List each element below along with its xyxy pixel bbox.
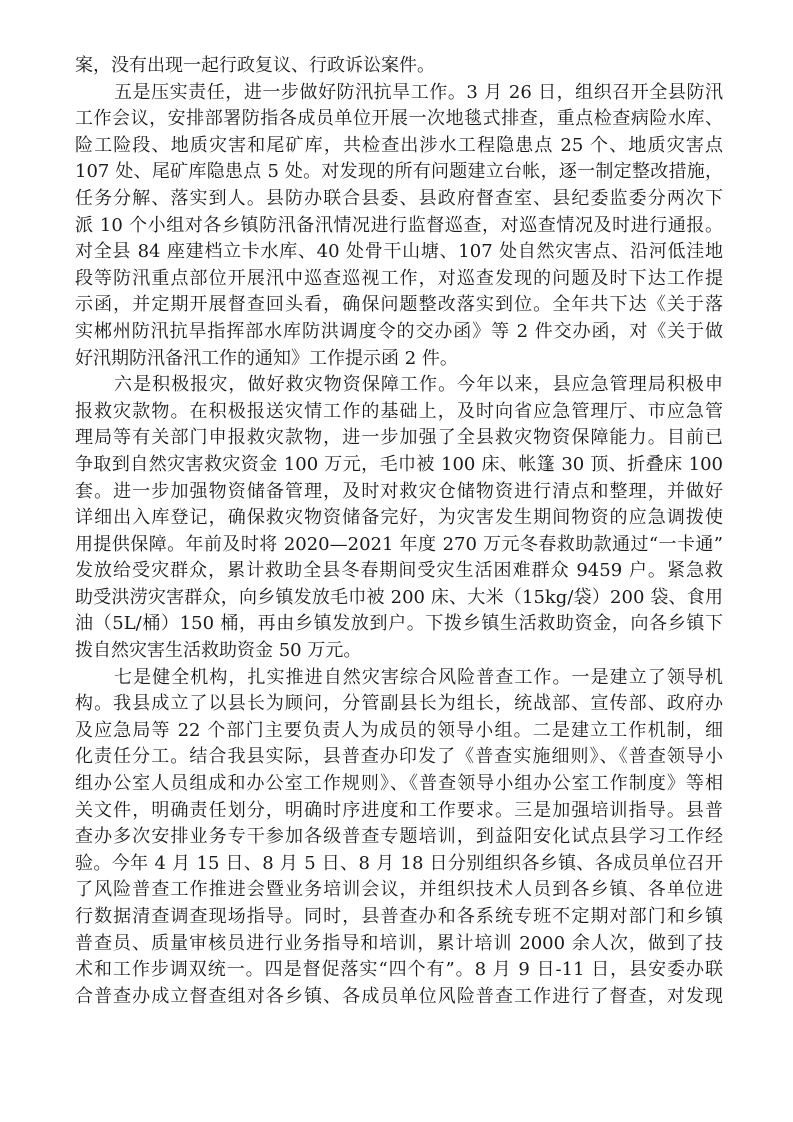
document-page: 案，没有出现一起行政复议、行政诉讼案件。 五是压实责任，进一步做好防汛抗旱工作。…	[0, 0, 793, 1122]
text-line: 险工险段、地质灾害和尾矿库，共检查出涉水工程隐患点 25 个、地质灾害点	[75, 133, 723, 160]
text-line: 验。今年 4 月 15 日、8 月 5 日、8 月 18 日分别组织各乡镇、各成…	[75, 851, 723, 878]
text-line: 实郴州防汛抗旱指挥部水库防洪调度令的交办函》等 2 件交办函，对《关于做	[75, 319, 723, 346]
text-line: 构。我县成立了以县长为顾问，分管副县长为组长，统战部、宣传部、政府办	[75, 691, 723, 718]
text-line: 示函，并定期开展督查回头看，确保问题整改落实到位。全年共下达《关于落	[75, 292, 723, 319]
text-line: 合普查办成立督查组对各乡镇、各成员单位风险普查工作进行了督查，对发现	[75, 984, 723, 1011]
text-line: 组办公室人员组成和办公室工作规则》、《普查领导小组办公室工作制度》等相	[75, 771, 723, 798]
text-line: 拨自然灾害生活救助资金 50 万元。	[75, 638, 723, 665]
document-body: 案，没有出现一起行政复议、行政诉讼案件。 五是压实责任，进一步做好防汛抗旱工作。…	[75, 53, 723, 1010]
text-line: 了风险普查工作推进会暨业务培训会议，并组织技术人员到各乡镇、各单位进	[75, 877, 723, 904]
text-line: 任务分解、落实到人。县防办联合县委、县政府督查室、县纪委监委分两次下	[75, 186, 723, 213]
text-line: 助受洪涝灾害群众，向乡镇发放毛巾被 200 床、大米（15kg/袋）200 袋、…	[75, 585, 723, 612]
text-line: 工作会议，安排部署防指各成员单位开展一次地毯式排查，重点检查病险水库、	[75, 106, 723, 133]
text-line: 报救灾款物。在积极报送灾情工作的基础上，及时向省应急管理厅、市应急管	[75, 399, 723, 426]
text-line: 术和工作步调双统一。四是督促落实“四个有”。8 月 9 日-11 日，县安委办联	[75, 957, 723, 984]
text-line: 段等防汛重点部位开展汛中巡查巡视工作，对巡查发现的问题及时下达工作提	[75, 266, 723, 293]
text-line: 化责任分工。结合我县实际，县普查办印发了《普查实施细则》、《普查领导小	[75, 744, 723, 771]
text-line: 派 10 个小组对各乡镇防汛备汛情况进行监督巡查，对巡查情况及时进行通报。	[75, 213, 723, 240]
text-line: 用提供保障。年前及时将 2020—2021 年度 270 万元冬春救助款通过“一…	[75, 532, 723, 559]
text-line: 及应急局等 22 个部门主要负责人为成员的领导小组。二是建立工作机制，细	[75, 718, 723, 745]
text-line: 107 处、尾矿库隐患点 5 处。对发现的所有问题建立台帐，逐一制定整改措施，	[75, 159, 723, 186]
paragraph-risk-survey: 七是健全机构，扎实推进自然灾害综合风险普查工作。一是建立了领导机 构。我县成立了…	[75, 665, 723, 1011]
text-line: 行数据清查调查现场指导。同时，县普查办和各系统专班不定期对部门和乡镇	[75, 904, 723, 931]
text-line: 关文件，明确责任划分，明确时序进度和工作要求。三是加强培训指导。县普	[75, 798, 723, 825]
text-line: 对全县 84 座建档立卡水库、40 处骨干山塘、107 处自然灾害点、沿河低洼地	[75, 239, 723, 266]
text-line: 详细出入库登记，确保救灾物资储备完好，为灾害发生期间物资的应急调拨使	[75, 505, 723, 532]
text-line: 普查员、质量审核员进行业务指导和培训，累计培训 2000 余人次，做到了技	[75, 931, 723, 958]
text-line: 发放给受灾群众，累计救助全县冬春期间受灾生活困难群众 9459 户。紧急救	[75, 558, 723, 585]
paragraph-continuation: 案，没有出现一起行政复议、行政诉讼案件。	[75, 53, 723, 80]
text-line: 理局等有关部门申报救灾款物，进一步加强了全县救灾物资保障能力。目前已	[75, 425, 723, 452]
text-line: 好汛期防汛备汛工作的通知》工作提示函 2 件。	[75, 346, 723, 373]
text-line: 案，没有出现一起行政复议、行政诉讼案件。	[75, 53, 723, 80]
paragraph-flood-control: 五是压实责任，进一步做好防汛抗旱工作。3 月 26 日，组织召开全县防汛 工作会…	[75, 80, 723, 373]
text-line: 查办多次安排业务专干参加各级普查专题培训，到益阳安化试点县学习工作经	[75, 824, 723, 851]
text-line: 套。进一步加强物资储备管理，及时对救灾仓储物资进行清点和整理，并做好	[75, 479, 723, 506]
text-line: 五是压实责任，进一步做好防汛抗旱工作。3 月 26 日，组织召开全县防汛	[75, 80, 723, 107]
paragraph-disaster-relief: 六是积极报灾，做好救灾物资保障工作。今年以来，县应急管理局积极申 报救灾款物。在…	[75, 372, 723, 665]
text-line: 争取到自然灾害救灾资金 100 万元，毛巾被 100 床、帐篷 30 顶、折叠床…	[75, 452, 723, 479]
text-line: 油（5L/桶）150 桶，再由乡镇发放到户。下拨乡镇生活救助资金，向各乡镇下	[75, 611, 723, 638]
text-line: 六是积极报灾，做好救灾物资保障工作。今年以来，县应急管理局积极申	[75, 372, 723, 399]
text-line: 七是健全机构，扎实推进自然灾害综合风险普查工作。一是建立了领导机	[75, 665, 723, 692]
